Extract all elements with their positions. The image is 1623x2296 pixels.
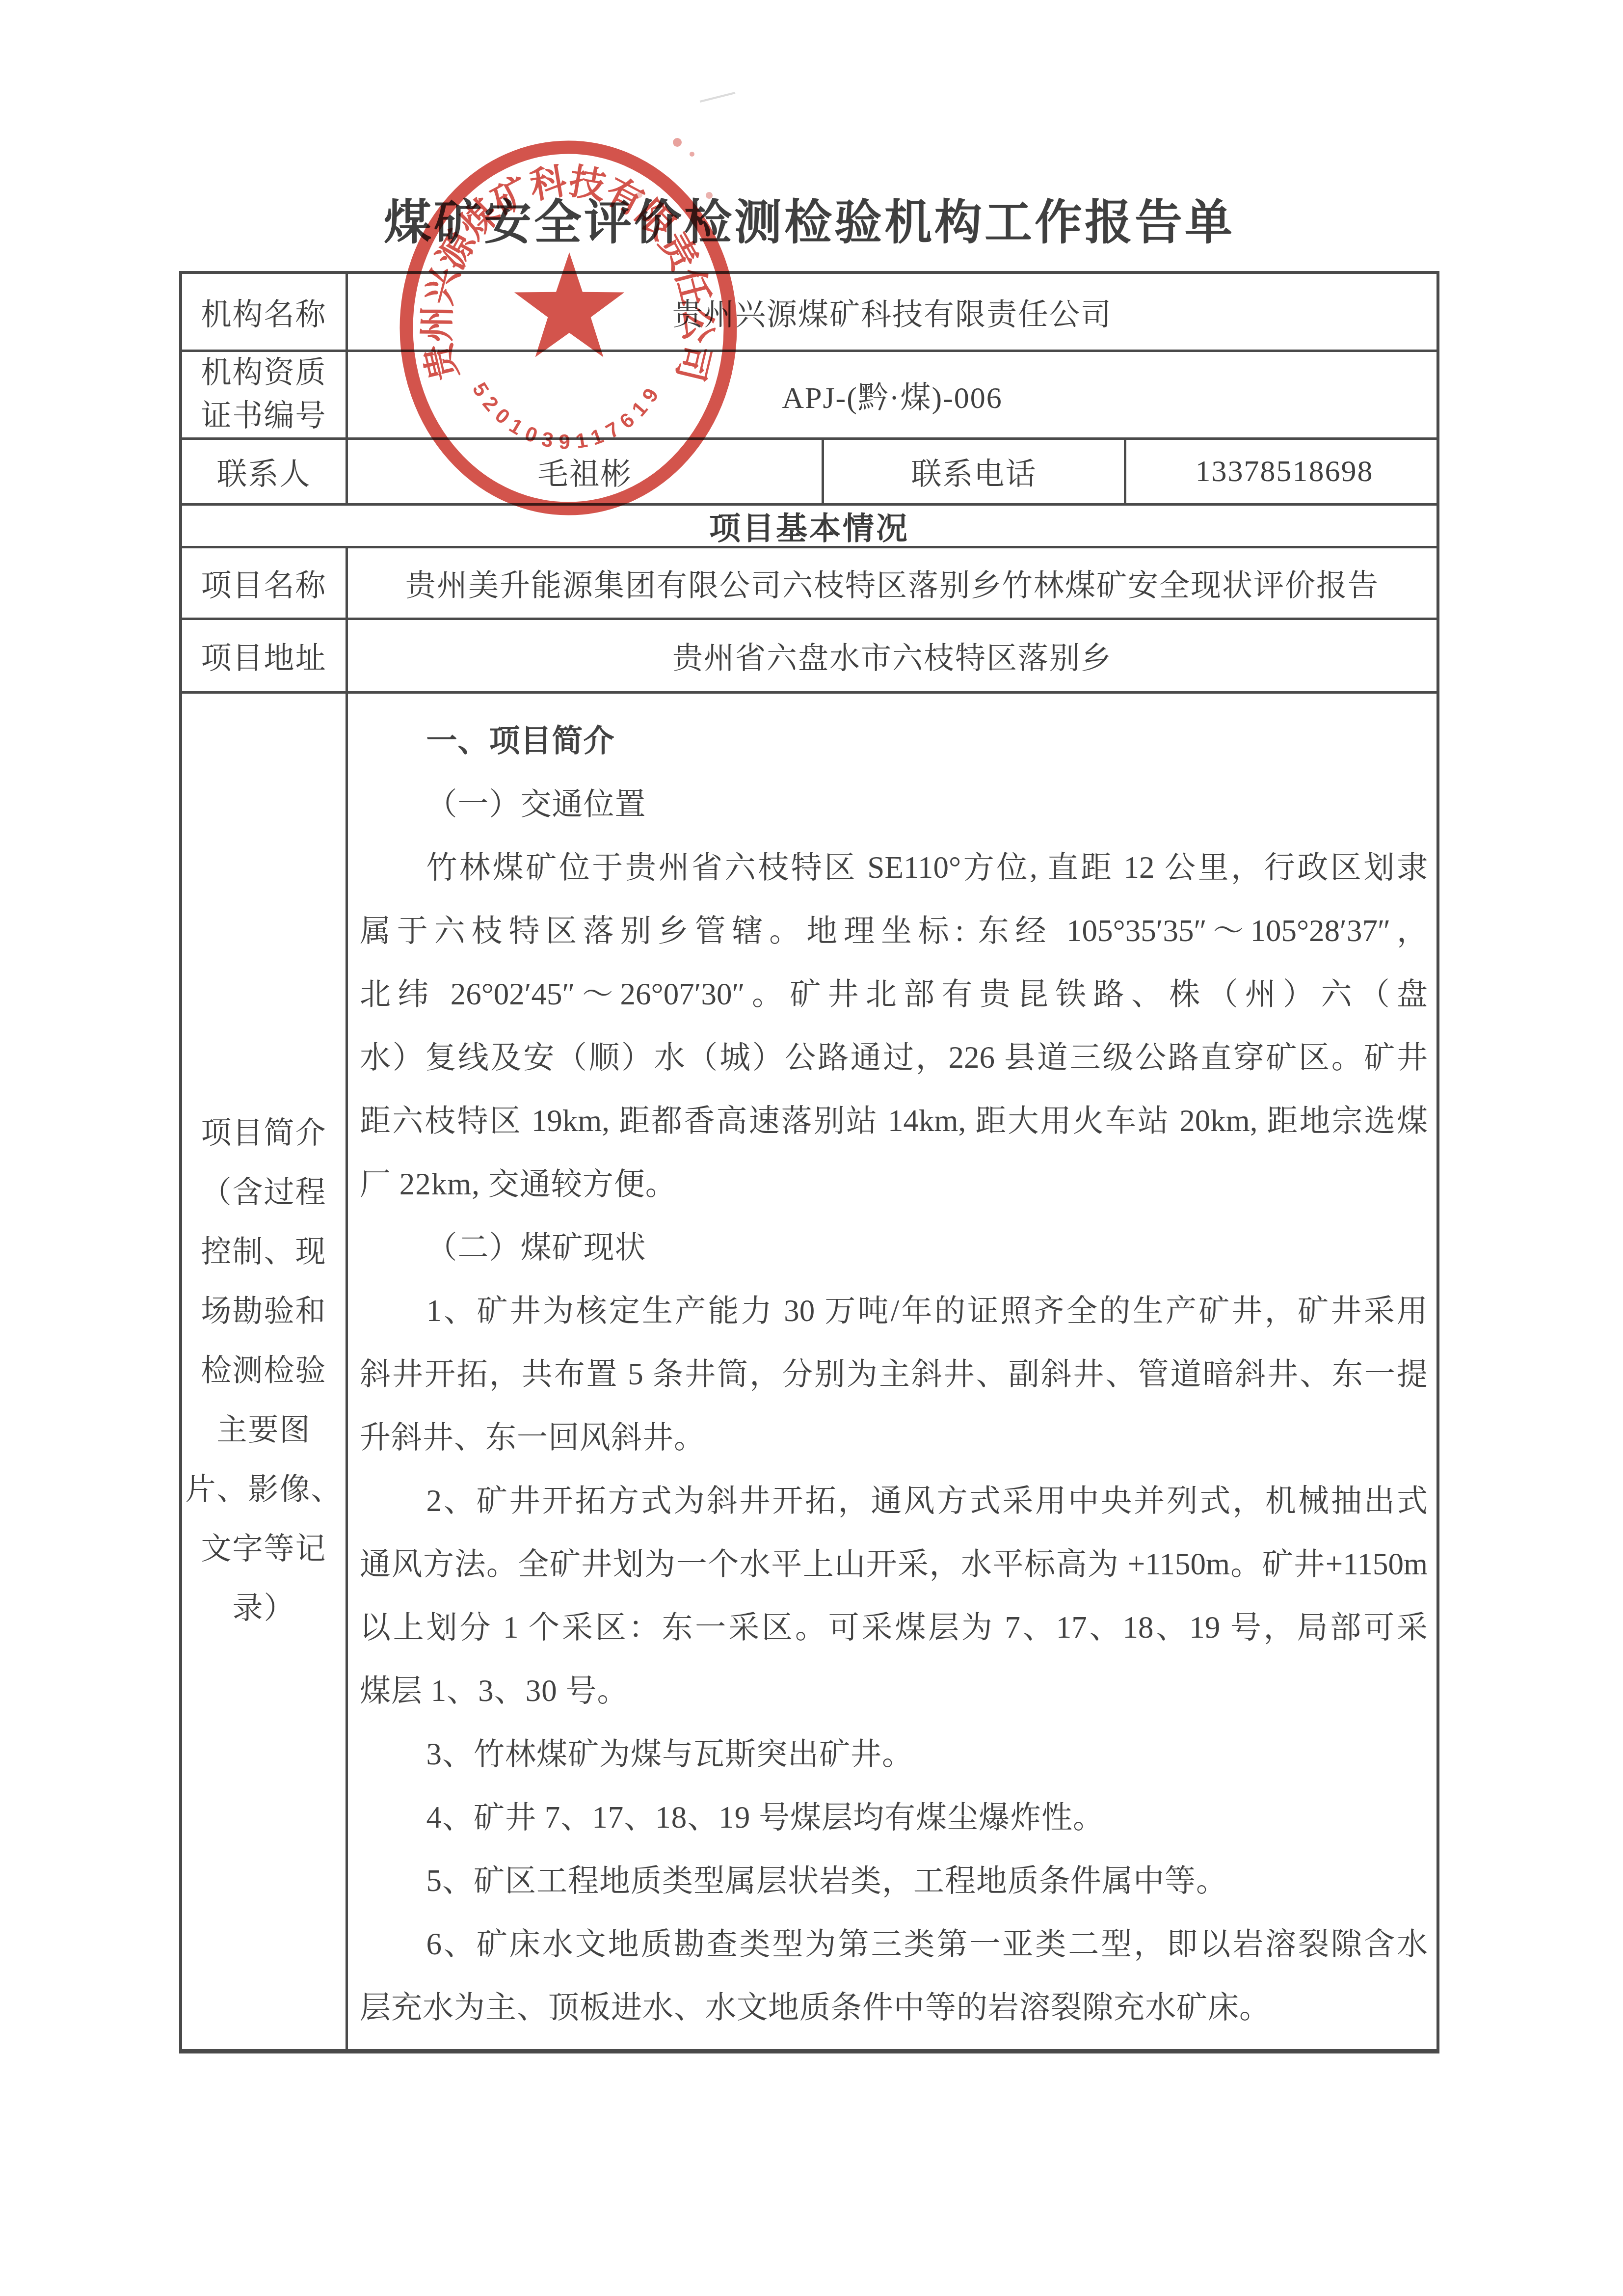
intro-label-line: 项目简介 bbox=[201, 1104, 326, 1163]
table-row-project-intro: 项目简介（含过程控制、现场勘验和检测检验主要图片、影像、文字等记录） 一、项目简… bbox=[182, 691, 1437, 2049]
intro-text-line: 距六枝特区 19km, 距都香高速落别站 14km, 距大用火车站 20km, … bbox=[360, 1089, 1428, 1153]
report-table: 机构名称 贵州兴源煤矿科技有限责任公司 机构资质 证书编号 APJ-(黔·煤)-… bbox=[179, 271, 1439, 2053]
page-title: 煤矿安全评价检测检验机构工作报告单 bbox=[179, 195, 1439, 249]
intro-text-line: 通风方法。全矿井划为一个水平上山开采，水平标高为 +1150m。矿井+1150m bbox=[360, 1533, 1428, 1596]
intro-label-line: （含过程 bbox=[201, 1163, 326, 1223]
cert-no-label-line1: 机构资质 bbox=[201, 351, 326, 395]
intro-text-line: 升斜井、东一回风斜井。 bbox=[360, 1406, 1428, 1469]
intro-text-line: 一、项目简介 bbox=[360, 709, 1428, 773]
intro-label-line: 场勘验和 bbox=[201, 1282, 326, 1342]
intro-text-line: 煤层 1、3、30 号。 bbox=[360, 1659, 1428, 1723]
intro-label-line: 文字等记 bbox=[201, 1520, 326, 1579]
project-intro-label: 项目简介（含过程控制、现场勘验和检测检验主要图片、影像、文字等记录） bbox=[182, 694, 346, 2049]
phone-label: 联系电话 bbox=[822, 440, 1124, 503]
intro-text-line: 4、矿井 7、17、18、19 号煤层均有煤尘爆炸性。 bbox=[360, 1786, 1428, 1849]
intro-text-line: 厂 22km, 交通较方便。 bbox=[360, 1153, 1428, 1216]
scan-scratch-mark bbox=[700, 92, 736, 103]
intro-text-line: （二）煤矿现状 bbox=[360, 1216, 1428, 1279]
intro-text-line: 北纬 26°02′45″～26°07′30″。矿井北部有贵昆铁路、株（州）六（盘 bbox=[360, 963, 1428, 1026]
table-row-contact: 联系人 毛祖彬 联系电话 13378518698 bbox=[182, 437, 1437, 503]
intro-text-line: 6、矿床水文地质勘查类型为第三类第一亚类二型，即以岩溶裂隙含水 bbox=[360, 1913, 1428, 1976]
intro-text-line: （一）交通位置 bbox=[360, 773, 1428, 836]
intro-text-line: 斜井开拓，共布置 5 条井筒，分别为主斜井、副斜井、管道暗斜井、东一提 bbox=[360, 1343, 1428, 1406]
phone-value: 13378518698 bbox=[1124, 440, 1442, 503]
scanned-report-page: { "page": { "title": "煤矿安全评价检测检验机构工作报告单"… bbox=[0, 0, 1623, 2296]
contact-label: 联系人 bbox=[182, 440, 346, 503]
contact-value: 毛祖彬 bbox=[346, 440, 822, 503]
intro-text-line: 5、矿区工程地质类型属层状岩类，工程地质条件属中等。 bbox=[360, 1849, 1428, 1913]
cert-no-value: APJ-(黔·煤)-006 bbox=[346, 352, 1437, 437]
table-row-section-header: 项目基本情况 bbox=[182, 503, 1437, 546]
intro-text-line: 属于六枝特区落别乡管辖。地理坐标: 东经 105°35′35″～105°28′3… bbox=[360, 899, 1428, 963]
intro-text-line: 竹林煤矿位于贵州省六枝特区 SE110°方位, 直距 12 公里，行政区划隶 bbox=[360, 836, 1428, 899]
intro-label-line: 录） bbox=[232, 1579, 295, 1639]
intro-label-line: 控制、现 bbox=[201, 1223, 326, 1282]
ink-spatter-dot bbox=[673, 138, 682, 147]
table-row-cert-no: 机构资质 证书编号 APJ-(黔·煤)-006 bbox=[182, 350, 1437, 437]
project-name-value: 贵州美升能源集团有限公司六枝特区落别乡竹林煤矿安全现状评价报告 bbox=[346, 548, 1437, 618]
project-address-label: 项目地址 bbox=[182, 620, 346, 691]
org-name-label: 机构名称 bbox=[182, 274, 346, 350]
intro-text-line: 以上划分 1 个采区：东一采区。可采煤层为 7、17、18、19 号，局部可采 bbox=[360, 1596, 1428, 1659]
intro-label-line: 片、影像、 bbox=[185, 1460, 342, 1520]
intro-text-line: 层充水为主、顶板进水、水文地质条件中等的岩溶裂隙充水矿床。 bbox=[360, 1976, 1428, 2039]
intro-text-line: 2、矿井开拓方式为斜井开拓，通风方式采用中央并列式，机械抽出式 bbox=[360, 1469, 1428, 1533]
intro-text-line: 3、竹林煤矿为煤与瓦斯突出矿井。 bbox=[360, 1723, 1428, 1786]
table-row-project-name: 项目名称 贵州美升能源集团有限公司六枝特区落别乡竹林煤矿安全现状评价报告 bbox=[182, 546, 1437, 618]
intro-label-line: 检测检验 bbox=[201, 1342, 326, 1401]
project-address-value: 贵州省六盘水市六枝特区落别乡 bbox=[346, 620, 1437, 691]
intro-text-line: 1、矿井为核定生产能力 30 万吨/年的证照齐全的生产矿井，矿井采用 bbox=[360, 1279, 1428, 1343]
table-row-org-name: 机构名称 贵州兴源煤矿科技有限责任公司 bbox=[182, 274, 1437, 350]
org-name-value: 贵州兴源煤矿科技有限责任公司 bbox=[346, 274, 1437, 350]
table-row-project-address: 项目地址 贵州省六盘水市六枝特区落别乡 bbox=[182, 618, 1437, 691]
cert-no-label-line2: 证书编号 bbox=[201, 395, 326, 438]
intro-text-line: 水）复线及安（顺）水（城）公路通过，226 县道三级公路直穿矿区。矿井 bbox=[360, 1026, 1428, 1089]
section-header: 项目基本情况 bbox=[182, 506, 1437, 546]
intro-label-line: 主要图 bbox=[216, 1401, 311, 1460]
project-name-label: 项目名称 bbox=[182, 548, 346, 618]
ink-spatter-dot bbox=[690, 152, 694, 157]
project-intro-text: 一、项目简介（一）交通位置竹林煤矿位于贵州省六枝特区 SE110°方位, 直距 … bbox=[346, 694, 1437, 2049]
ink-spatter-dot bbox=[655, 171, 659, 175]
cert-no-label: 机构资质 证书编号 bbox=[182, 352, 346, 437]
